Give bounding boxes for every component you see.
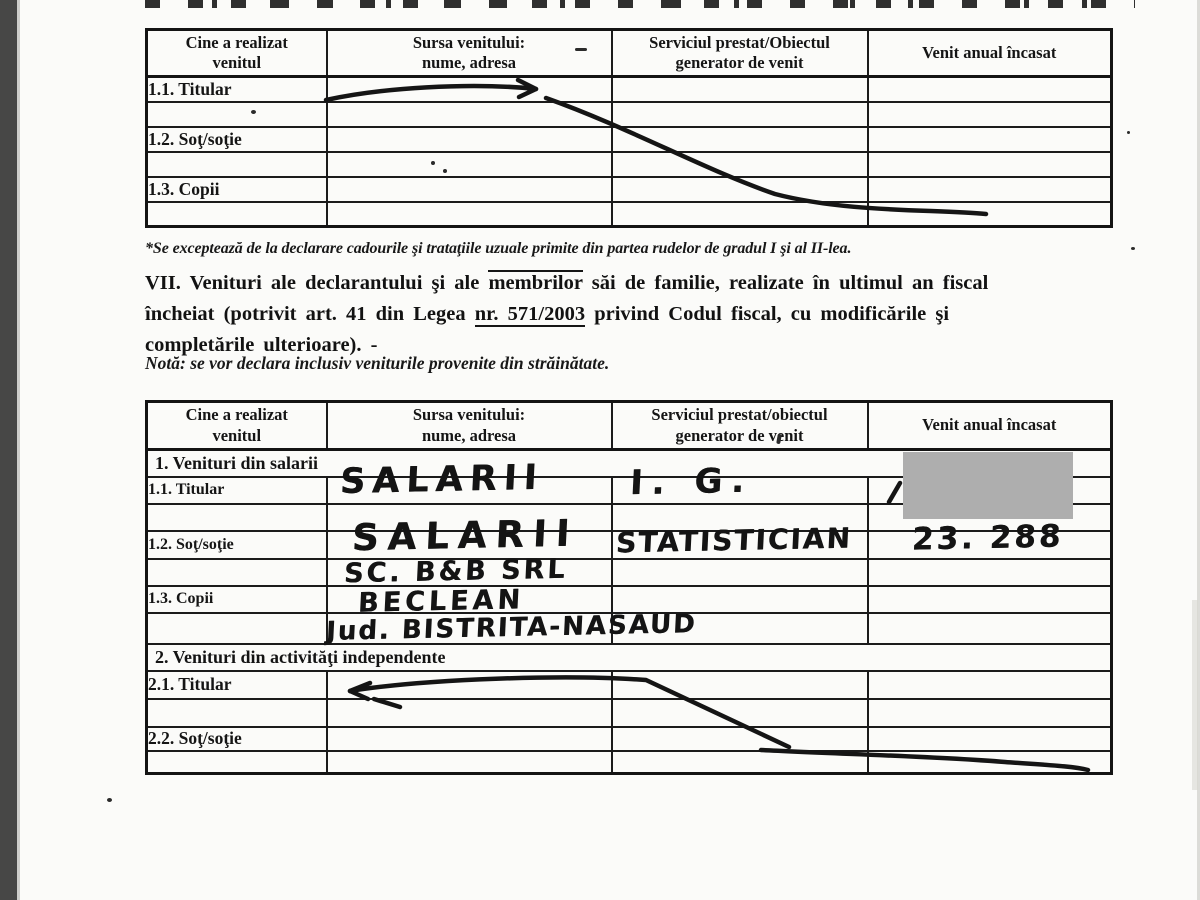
scan-speck <box>107 798 112 802</box>
handwriting-serviciu-titular: I. G. <box>629 461 754 504</box>
section-row-activitati-independente: 2. Venituri din activităţi independente <box>147 644 1112 671</box>
table-row: 1.1. Titular <box>147 77 1112 102</box>
header-line: Serviciul prestat/obiectul <box>613 405 867 425</box>
exemption-footnote: *Se exceptează de la declarare cadourile… <box>145 240 1120 258</box>
table-row <box>147 751 1112 774</box>
header-line: venitul <box>148 426 326 446</box>
table-row: 1.3. Copii <box>147 586 1112 613</box>
col-header-service: Serviciul prestat/obiectul generator de … <box>612 402 868 450</box>
col-header-who: Cine a realizat venitul <box>147 30 327 77</box>
section7-heading-line1: VII. Venituri ale declarantului şi ale m… <box>145 272 1120 295</box>
header-line: Serviciul prestat/Obiectul <box>613 33 867 53</box>
table-row: 1.3. Copii <box>147 177 1112 202</box>
header-line: Venit anual încasat <box>869 415 1111 435</box>
table-row <box>147 559 1112 586</box>
col-header-source: Sursa venitului: nume, adresa <box>327 402 612 450</box>
col-header-source: Sursa venitului: nume, adresa <box>327 30 612 77</box>
nota-line: Notă: se vor declara inclusiv veniturile… <box>145 353 1120 374</box>
heading-text: săi de familie, realizate în ultimul an … <box>583 272 989 294</box>
scan-speck <box>251 110 256 114</box>
header-line: nume, adresa <box>328 426 611 446</box>
heading-text: VII. Venituri ale declarantului şi ale <box>145 272 488 294</box>
header-line: Venit anual încasat <box>869 43 1111 63</box>
scanner-edge-bar <box>0 0 17 900</box>
col-header-annual-income: Venit anual încasat <box>868 30 1112 77</box>
scanned-document-page: Cine a realizat venitul Sursa venitului:… <box>0 0 1200 900</box>
header-line: generator de venit <box>613 53 867 73</box>
row-label-sot-sotie: 1.2. Soţ/soţie <box>147 127 327 152</box>
header-line: nume, adresa <box>328 53 611 73</box>
table-row <box>147 202 1112 227</box>
table-row <box>147 102 1112 127</box>
scan-smudge <box>1192 600 1198 790</box>
row-label-titular: 1.1. Titular <box>147 477 327 504</box>
section7-heading-line2: încheiat (potrivit art. 41 din Legea nr.… <box>145 303 1120 326</box>
header-line: Sursa venitului: <box>328 405 611 425</box>
header-line: Cine a realizat <box>148 405 326 425</box>
col-header-annual-income: Venit anual încasat <box>868 402 1112 450</box>
table-row <box>147 152 1112 177</box>
heading-text: privind Codul fiscal, cu modificările şi <box>585 303 949 325</box>
cropped-text-line <box>145 0 1135 8</box>
scan-speck <box>431 161 435 165</box>
row-label-sot-sotie: 1.2. Soţ/soţie <box>147 531 327 559</box>
heading-text-overlined: membrilor <box>488 270 582 294</box>
heading-law-reference: nr. 571/2003 <box>475 303 585 327</box>
row-label-copii: 1.3. Copii <box>147 586 327 613</box>
row-label-titular: 1.1. Titular <box>147 77 327 102</box>
scan-speck <box>443 169 447 173</box>
redaction-box <box>903 452 1073 519</box>
scan-speck <box>1131 247 1135 250</box>
table-row: 1.2. Soţ/soţie <box>147 127 1112 152</box>
scan-speck <box>1127 131 1130 134</box>
header-line: venitul <box>148 53 326 73</box>
header-line: Sursa venitului: <box>328 33 611 53</box>
header-line: Cine a realizat <box>148 33 326 53</box>
table-row: 2.1. Titular <box>147 671 1112 699</box>
table-row: 2.2. Soţ/soţie <box>147 727 1112 751</box>
handwriting-venit-sotie: 23. 288 <box>911 518 1064 557</box>
heading-text: încheiat (potrivit art. 41 din Legea <box>145 303 475 325</box>
row-label-sot-sotie: 2.2. Soţ/soţie <box>147 727 327 751</box>
col-header-who: Cine a realizat venitul <box>147 402 327 450</box>
col-header-service: Serviciul prestat/Obiectul generator de … <box>612 30 868 77</box>
handwriting-sursa-titular: SALARII <box>339 458 545 502</box>
table-row <box>147 699 1112 727</box>
scan-speck <box>575 48 587 51</box>
row-label-copii: 1.3. Copii <box>147 177 327 202</box>
handwriting-serviciu-sotie: STATISTICIAN <box>615 522 852 560</box>
handwriting-sursa-firma: SC. B&B SRL <box>343 554 568 590</box>
row-label-titular: 2.1. Titular <box>147 671 327 699</box>
handwriting-sursa-sotie: SALARII <box>351 512 580 560</box>
income-table-empty: Cine a realizat venitul Sursa venitului:… <box>145 28 1113 228</box>
header-line: generator de venit <box>613 426 867 446</box>
scanner-edge-highlight <box>17 0 20 900</box>
